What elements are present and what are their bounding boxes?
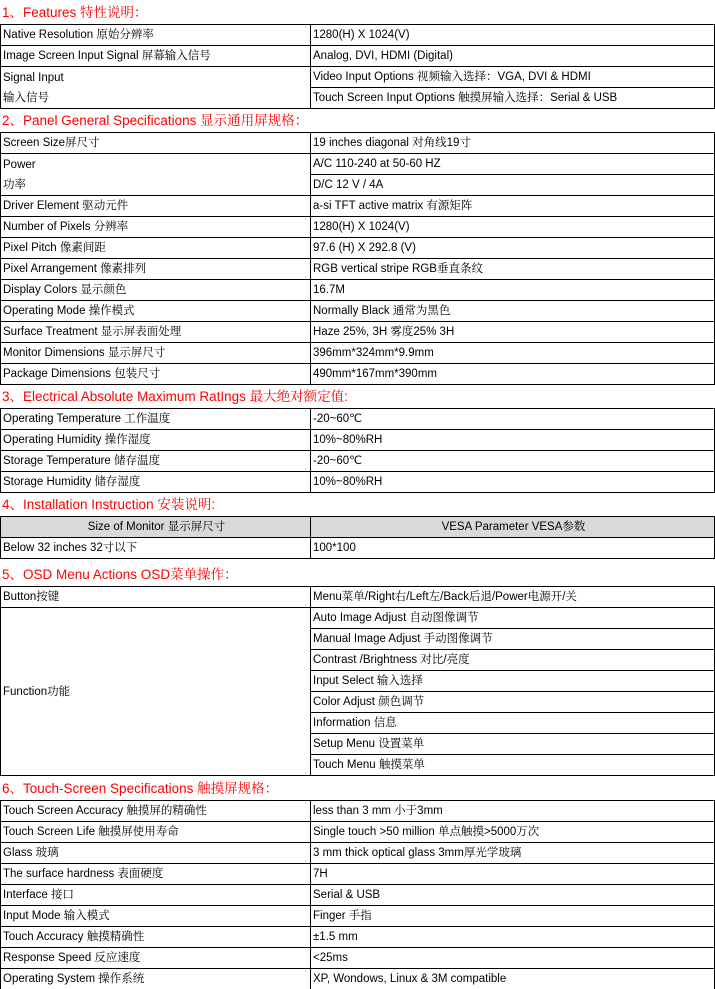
spec-value: Setup Menu 设置菜单 [311,734,715,755]
spec-value: Normally Black 通常为黑色 [311,301,715,322]
column-header-monitor-size: Size of Monitor 显示屏尺寸 [1,517,311,538]
spec-value: -20~60℃ [311,451,715,472]
table-row: Button按键 Menu菜单/Right右/Left左/Back后退/Powe… [1,587,715,608]
column-header-vesa: VESA Parameter VESA参数 [311,517,715,538]
table-row: Storage Temperature 储存温度 -20~60℃ [1,451,715,472]
table-row: The surface hardness 表面硬度 7H [1,864,715,885]
spec-value: Input Select 输入选择 [311,671,715,692]
table-row: Power 功率 A/C 110-240 at 50-60 HZ [1,154,715,175]
spec-value: 490mm*167mm*390mm [311,364,715,385]
spec-value: -20~60℃ [311,409,715,430]
table-row: Below 32 inches 32寸以下 100*100 [1,538,715,559]
spec-label: Storage Temperature 储存温度 [1,451,311,472]
label-en: Signal Input [3,68,310,88]
spec-label: Touch Screen Life 触摸屏使用寿命 [1,822,311,843]
table-row: Pixel Pitch 像素间距 97.6 (H) X 292.8 (V) [1,238,715,259]
spec-value: Touch Screen Input Options 触摸屏输入选择：Seria… [311,88,715,109]
spec-label: Monitor Dimensions 显示屏尺寸 [1,343,311,364]
table-row: Number of Pixels 分辨率 1280(H) X 1024(V) [1,217,715,238]
table-row: Touch Accuracy 触摸精确性 ±1.5 mm [1,927,715,948]
table-row: Response Speed 反应速度 <25ms [1,948,715,969]
spec-value: Manual Image Adjust 手动图像调节 [311,629,715,650]
table-row: Display Colors 显示颜色 16.7M [1,280,715,301]
spec-value: 1280(H) X 1024(V) [311,217,715,238]
spec-value: ±1.5 mm [311,927,715,948]
spec-value: 3 mm thick optical glass 3mm厚光学玻璃 [311,843,715,864]
spec-value: XP, Wondows, Linux & 3M compatible [311,969,715,989]
installation-table: Size of Monitor 显示屏尺寸 VESA Parameter VES… [0,516,715,559]
panel-specs-table: Screen Size屏尺寸 19 inches diagonal 对角线19寸… [0,132,715,385]
table-row: Touch Screen Life 触摸屏使用寿命 Single touch >… [1,822,715,843]
spec-label: Pixel Pitch 像素间距 [1,238,311,259]
spec-value: Color Adjust 颜色调节 [311,692,715,713]
features-table: Native Resolution 原始分辨率 1280(H) X 1024(V… [0,24,715,109]
table-row: Operating System 操作系统 XP, Wondows, Linux… [1,969,715,989]
spec-value: 19 inches diagonal 对角线19寸 [311,133,715,154]
spec-label: Operating Temperature 工作温度 [1,409,311,430]
spec-label: Operating Mode 操作模式 [1,301,311,322]
spec-value: Information 信息 [311,713,715,734]
spec-label: Glass 玻璃 [1,843,311,864]
spec-label-power: Power 功率 [1,154,311,196]
spec-label-signal-input: Signal Input 输入信号 [1,67,311,109]
electrical-ratings-table: Operating Temperature 工作温度 -20~60℃ Opera… [0,408,715,493]
table-row: Operating Mode 操作模式 Normally Black 通常为黑色 [1,301,715,322]
table-row: Monitor Dimensions 显示屏尺寸 396mm*324mm*9.9… [1,343,715,364]
section-title-installation: 4、Installation Instruction 安装说明: [2,494,215,515]
spec-value: Contrast /Brightness 对比/亮度 [311,650,715,671]
table-row: Operating Temperature 工作温度 -20~60℃ [1,409,715,430]
spec-value: Auto Image Adjust 自动图像调节 [311,608,715,629]
spec-label: Image Screen Input Signal 屏幕输入信号 [1,46,311,67]
table-row: Interface 接口 Serial & USB [1,885,715,906]
spec-label: Touch Screen Accuracy 触摸屏的精确性 [1,801,311,822]
spec-label: Response Speed 反应速度 [1,948,311,969]
table-row: Driver Element 驱动元件 a-si TFT active matr… [1,196,715,217]
spec-label: Pixel Arrangement 像素排列 [1,259,311,280]
table-row: Operating Humidity 操作湿度 10%~80%RH [1,430,715,451]
section-title-electrical-ratings: 3、Electrical Absolute Maximum RatIngs 最大… [2,386,348,407]
spec-value: Haze 25%, 3H 雾度25% 3H [311,322,715,343]
spec-value: 16.7M [311,280,715,301]
spec-label: Touch Accuracy 触摸精确性 [1,927,311,948]
spec-value: 10%~80%RH [311,430,715,451]
spec-value: 10%~80%RH [311,472,715,493]
table-row: Touch Screen Accuracy 触摸屏的精确性 less than … [1,801,715,822]
spec-value: Video Input Options 视频输入选择：VGA, DVI & HD… [311,67,715,88]
spec-value: Menu菜单/Right右/Left左/Back后退/Power电源开/关 [311,587,715,608]
spec-label: Native Resolution 原始分辨率 [1,25,311,46]
label-cn: 功率 [3,175,310,195]
spec-label: The surface hardness 表面硬度 [1,864,311,885]
table-row: Native Resolution 原始分辨率 1280(H) X 1024(V… [1,25,715,46]
spec-value: Touch Menu 触摸菜单 [311,755,715,776]
section-title-touch-screen: 6、Touch-Screen Specifications 触摸屏规格： [2,778,278,799]
spec-label: Operating System 操作系统 [1,969,311,989]
table-row: Glass 玻璃 3 mm thick optical glass 3mm厚光学… [1,843,715,864]
table-row: Input Mode 输入模式 Finger 手指 [1,906,715,927]
spec-value: 97.6 (H) X 292.8 (V) [311,238,715,259]
spec-label: Storage Humidity 储存湿度 [1,472,311,493]
spec-label: Surface Treatment 显示屏表面处理 [1,322,311,343]
spec-label: Number of Pixels 分辨率 [1,217,311,238]
spec-label: Interface 接口 [1,885,311,906]
spec-value: 396mm*324mm*9.9mm [311,343,715,364]
spec-value: a-si TFT active matrix 有源矩阵 [311,196,715,217]
spec-label-function: Function功能 [1,608,311,776]
spec-value: Serial & USB [311,885,715,906]
spec-label: Below 32 inches 32寸以下 [1,538,311,559]
table-row: Storage Humidity 储存湿度 10%~80%RH [1,472,715,493]
label-cn: 输入信号 [3,88,310,108]
spec-value: 100*100 [311,538,715,559]
table-row: Function功能 Auto Image Adjust 自动图像调节 [1,608,715,629]
section-title-panel-specs: 2、Panel General Specifications 显示通用屏规格： [2,110,308,131]
table-row: Surface Treatment 显示屏表面处理 Haze 25%, 3H 雾… [1,322,715,343]
label-en: Power [3,155,310,175]
spec-label: Screen Size屏尺寸 [1,133,311,154]
spec-label: Operating Humidity 操作湿度 [1,430,311,451]
section-title-osd-menu: 5、OSD Menu Actions OSD菜单操作： [2,564,238,585]
table-row: Image Screen Input Signal 屏幕输入信号 Analog,… [1,46,715,67]
table-row: Package Dimensions 包装尺寸 490mm*167mm*390m… [1,364,715,385]
spec-value: D/C 12 V / 4A [311,175,715,196]
spec-value: less than 3 mm 小于3mm [311,801,715,822]
spec-value: <25ms [311,948,715,969]
spec-label: Input Mode 输入模式 [1,906,311,927]
spec-value: A/C 110-240 at 50-60 HZ [311,154,715,175]
table-header-row: Size of Monitor 显示屏尺寸 VESA Parameter VES… [1,517,715,538]
spec-value: Finger 手指 [311,906,715,927]
spec-value: Single touch >50 million 单点触摸>5000万次 [311,822,715,843]
spec-value: 7H [311,864,715,885]
spec-label: Display Colors 显示颜色 [1,280,311,301]
touch-screen-table: Touch Screen Accuracy 触摸屏的精确性 less than … [0,800,715,989]
spec-value: Analog, DVI, HDMI (Digital) [311,46,715,67]
table-row: Signal Input 输入信号 Video Input Options 视频… [1,67,715,88]
spec-label: Driver Element 驱动元件 [1,196,311,217]
section-title-features: 1、Features 特性说明： [2,2,148,23]
table-row: Screen Size屏尺寸 19 inches diagonal 对角线19寸 [1,133,715,154]
table-row: Pixel Arrangement 像素排列 RGB vertical stri… [1,259,715,280]
spec-label: Button按键 [1,587,311,608]
osd-menu-table: Button按键 Menu菜单/Right右/Left左/Back后退/Powe… [0,586,715,776]
spec-label: Package Dimensions 包装尺寸 [1,364,311,385]
spec-value: 1280(H) X 1024(V) [311,25,715,46]
spec-value: RGB vertical stripe RGB垂直条纹 [311,259,715,280]
